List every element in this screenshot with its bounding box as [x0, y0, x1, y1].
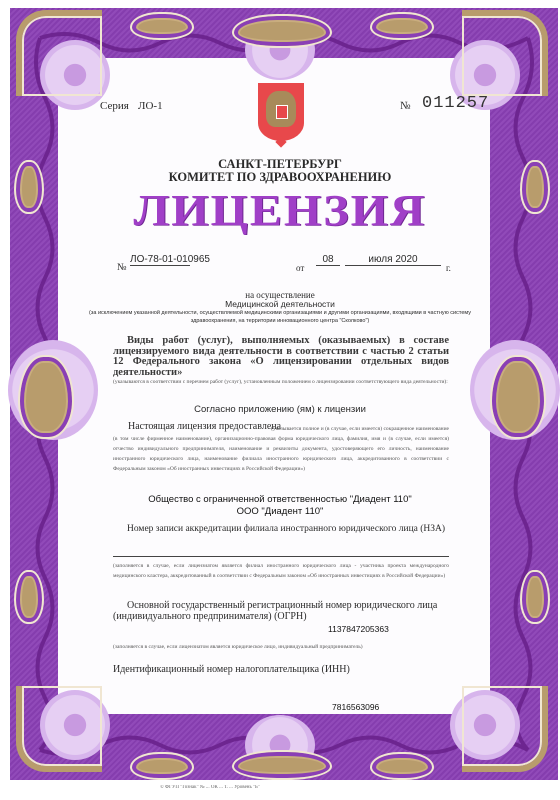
activity-note: (за исключением указанной деятельности, … [82, 309, 478, 325]
org-short-name: ООО "Диадент 110" [80, 506, 480, 517]
date-prefix: от [296, 263, 304, 273]
blank-number: 011257 [422, 94, 489, 113]
nza-note: (заполняется в случае, если лицензиатом … [113, 562, 449, 581]
st-george-shield-icon [276, 105, 288, 119]
ornament-bottom-right-arabesque [370, 752, 434, 780]
ornament-top-center [232, 14, 332, 48]
ogrn-note: (заполняется в случае, если лицензиатом … [113, 642, 449, 652]
ornament-left-medallion [18, 355, 74, 439]
works-text: Виды работ (услуг), выполняемых (оказыва… [113, 336, 449, 378]
date-day: 08 [316, 254, 340, 266]
activity-name: Медицинской деятельности [80, 299, 480, 309]
series-value: ЛО-1 [138, 100, 163, 112]
org-full-name: Общество с ограниченной ответственностью… [80, 494, 480, 505]
ornament-corner-bottom-left [16, 686, 102, 772]
inn-value: 7816563096 [332, 702, 379, 712]
ornament-right-upper [520, 160, 550, 214]
ornament-bottom-center [232, 750, 332, 780]
granted-note: (указывается полное и (в случае, если им… [113, 424, 449, 474]
works-note: (указываются в соответствии с перечнем р… [113, 378, 449, 386]
ornament-top-left-arabesque [130, 12, 194, 40]
appendix-reference: Согласно приложению (ям) к лицензии [80, 404, 480, 415]
ornament-left-upper [14, 160, 44, 214]
inn-label: Идентификационный номер налогоплательщик… [113, 664, 350, 675]
ornament-left-lower [14, 570, 44, 624]
ornament-right-lower [520, 570, 550, 624]
blank-number-sign: № [400, 100, 411, 112]
nza-underline [113, 556, 449, 557]
ornament-corner-top-left [16, 10, 102, 96]
ogrn-label: Основной государственный регистрационный… [113, 600, 449, 622]
series-label: Серия [100, 100, 129, 112]
date-suffix: г. [446, 263, 451, 273]
ornament-right-medallion [490, 355, 546, 439]
ornament-bottom-left-arabesque [130, 752, 194, 780]
license-number-sign: № [117, 262, 127, 273]
license-number: ЛО-78-01-010965 [130, 254, 190, 266]
nza-label: Номер записи аккредитации филиала иностр… [113, 523, 449, 535]
date-month-year: июля 2020 [345, 254, 441, 266]
issuer-heading: КОМИТЕТ ПО ЗДРАВООХРАНЕНИЮ [80, 170, 480, 185]
license-title: ЛИЦЕНЗИЯ [80, 185, 480, 236]
coat-of-arms-emblem [258, 83, 304, 141]
ornament-top-right-arabesque [370, 12, 434, 40]
ornament-corner-bottom-right [462, 686, 548, 772]
ogrn-value: 1137847205363 [328, 624, 389, 634]
printer-imprint: © ФГУП "Гознак" № ... ОК ... Т. ... Уров… [160, 785, 540, 790]
ornament-corner-top-right [462, 10, 548, 96]
